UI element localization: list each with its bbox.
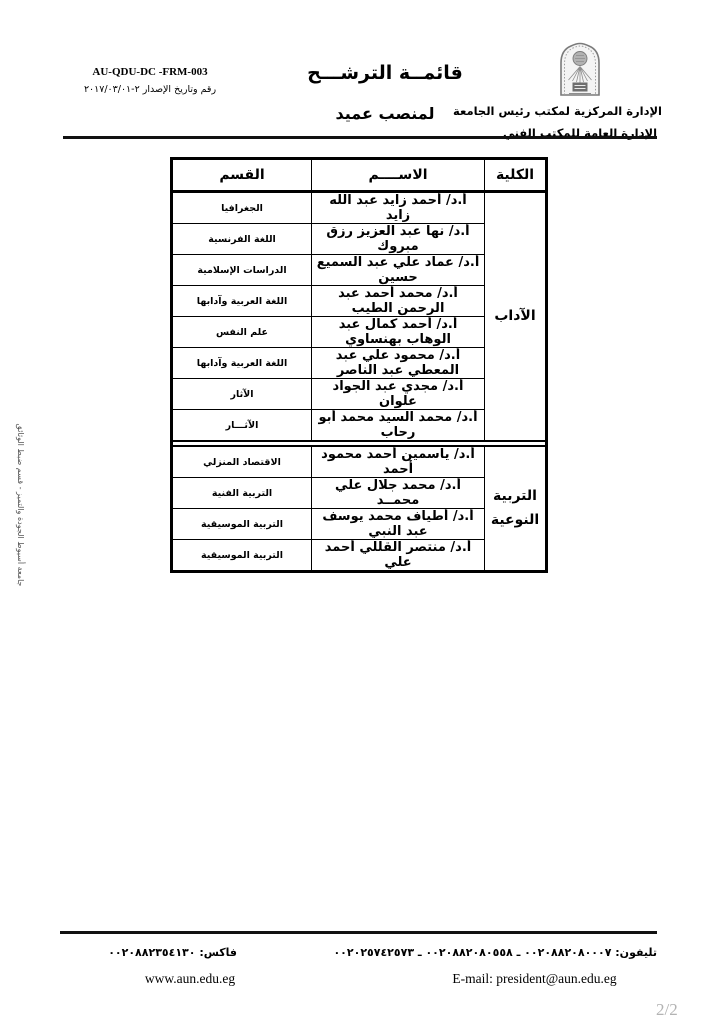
org-header: الإدارة المركزية لمكتب رئيس الجامعة الإد…: [498, 42, 662, 145]
org-line-technical-office: الإدارة العامة للمكتب الفني: [498, 123, 662, 145]
table-row: الآدابأ.د/ أحمد زايد عبد الله زايدالجغرا…: [172, 192, 547, 224]
department-cell: اللغة العربية وآدابها: [172, 286, 312, 317]
candidate-name-cell: أ.د/ نها عبد العزيز رزق مبروك: [312, 224, 485, 255]
issue-date-line: رقم وتاريخ الإصدار ٢-٢٠١٧/٠٣/٠١: [60, 84, 240, 95]
college-cell: التربية النوعية: [485, 446, 547, 572]
department-cell: الاقتصاد المنزلي: [172, 446, 312, 478]
document-page: { "header": { "form_code": "AU-QDU-DC -F…: [0, 0, 720, 1024]
form-code: AU-QDU-DC -FRM-003: [60, 66, 240, 78]
department-cell: التربية الموسيقية: [172, 540, 312, 572]
footer-divider: [60, 931, 657, 934]
department-cell: اللغة الفرنسية: [172, 224, 312, 255]
candidate-name-cell: أ.د/ أطياف محمد يوسف عبد النبي: [312, 509, 485, 540]
candidate-name-cell: أ.د/ محمد السيد محمد أبو رحاب: [312, 410, 485, 442]
department-cell: اللغة العربية وآدابها: [172, 348, 312, 379]
department-cell: التربية الفنية: [172, 478, 312, 509]
candidate-name-cell: أ.د/ محمد أحمد عبد الرحمن الطيب: [312, 286, 485, 317]
table-row: التربية النوعيةأ.د/ ياسمين أحمد محمود أح…: [172, 446, 547, 478]
phone-numbers: تليفون: ٠٠٢٠٨٨٢٠٨٠٠٠٧ ـ ٠٠٢٠٨٨٢٠٨٠٥٥٨ ـ …: [295, 946, 657, 959]
side-vertical-note: جامعة أسيوط الجودة والتميز - قسم ضبط الو…: [13, 380, 25, 630]
header-divider: [63, 136, 657, 139]
department-cell: الآثـــار: [172, 410, 312, 442]
nomination-table-wrapper: الكلية الاســــم القسم الآدابأ.د/ أحمد ز…: [170, 157, 548, 573]
department-cell: علم النفس: [172, 317, 312, 348]
candidate-name-cell: أ.د/ أحمد كمال عبد الوهاب بهنساوي: [312, 317, 485, 348]
department-cell: الدراسات الإسلامية: [172, 255, 312, 286]
page-number: 2/2: [656, 1000, 678, 1020]
nomination-table: الكلية الاســــم القسم الآدابأ.د/ أحمد ز…: [170, 157, 548, 573]
college-cell: الآداب: [485, 192, 547, 442]
fax-number: فاكس: ٠٠٢٠٨٨٢٣٥٤١٣٠: [62, 946, 237, 959]
department-cell: التربية الموسيقية: [172, 509, 312, 540]
email-address: E-mail: president@aun.edu.eg: [412, 971, 657, 987]
candidate-name-cell: أ.د/ منتصر القللي أحمد علي: [312, 540, 485, 572]
page-subtitle: لمنصب عميد: [290, 104, 480, 123]
website-url: www.aun.edu.eg: [130, 971, 250, 987]
candidate-name-cell: أ.د/ محمد جلال علي محمــد: [312, 478, 485, 509]
candidate-name-cell: أ.د/ مجدي عبد الجواد علوان: [312, 379, 485, 410]
candidate-name-cell: أ.د/ عماد علي عبد السميع حسين: [312, 255, 485, 286]
table-header-college: الكلية: [485, 159, 547, 192]
table-header-name: الاســــم: [312, 159, 485, 192]
page-title: قائمــة الترشـــح: [290, 62, 480, 84]
university-logo-icon: [557, 42, 603, 97]
table-header-row: الكلية الاســــم القسم: [172, 159, 547, 192]
table-header-department: القسم: [172, 159, 312, 192]
department-cell: الجغرافيا: [172, 192, 312, 224]
candidate-name-cell: أ.د/ محمود علي عبد المعطي عبد الناصر: [312, 348, 485, 379]
candidate-name-cell: أ.د/ ياسمين أحمد محمود أحمد: [312, 446, 485, 478]
org-line-central-admin: الإدارة المركزية لمكتب رئيس الجامعة: [498, 101, 662, 123]
department-cell: الآثار: [172, 379, 312, 410]
candidate-name-cell: أ.د/ أحمد زايد عبد الله زايد: [312, 192, 485, 224]
